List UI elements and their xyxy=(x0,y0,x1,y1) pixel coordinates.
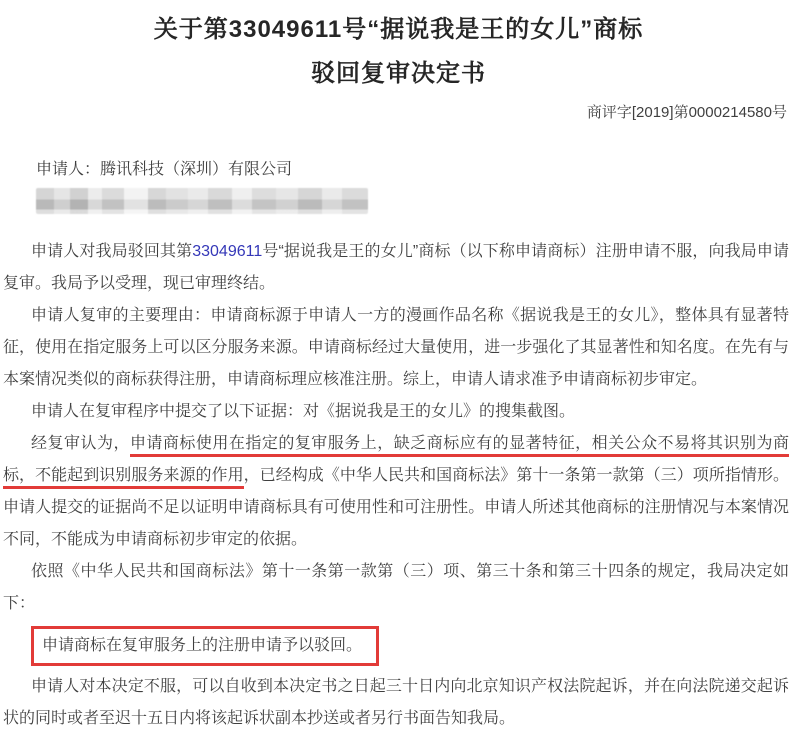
document-body: 申请人对我局驳回其第33049611号“据说我是王的女儿”商标（以下称申请商标）… xyxy=(0,236,797,735)
paragraph-review-findings: 经复审认为，申请商标使用在指定的复审服务上，缺乏商标应有的显著特征，相关公众不易… xyxy=(3,428,789,556)
applicant-label: 申请人： xyxy=(36,161,100,178)
decision-paragraph: 申请商标在复审服务上的注册申请予以驳回。 xyxy=(3,626,789,666)
document-page: 关于第33049611号“据说我是王的女儿”商标 驳回复审决定书 商评字[201… xyxy=(0,0,797,744)
paragraph-appeal-rights: 申请人对本决定不服，可以自收到本决定书之日起三十日内向北京知识产权法院起诉，并在… xyxy=(3,671,789,735)
trademark-number-link[interactable]: 33049611 xyxy=(192,243,262,260)
paragraph-legal-basis: 依照《中华人民共和国商标法》第十一条第一款第（三）项、第三十条和第三十四条的规定… xyxy=(3,556,789,620)
paragraph-evidence: 申请人在复审程序中提交了以下证据：对《据说我是王的女儿》的搜集截图。 xyxy=(3,396,789,428)
applicant-line: 申请人：腾讯科技（深圳）有限公司 xyxy=(36,160,797,180)
decision-text: 申请商标在复审服务上的注册申请予以驳回。 xyxy=(42,637,362,654)
paragraph-applicant-arguments: 申请人复审的主要理由：申请商标源于申请人一方的漫画作品名称《据说我是王的女儿》，… xyxy=(3,300,789,396)
page-title-line-1: 关于第33049611号“据说我是王的女儿”商标 xyxy=(0,8,797,52)
paragraph-filing-history: 申请人对我局驳回其第33049611号“据说我是王的女儿”商标（以下称申请商标）… xyxy=(3,236,789,300)
redacted-address-blur xyxy=(36,188,368,214)
applicant-name: 腾讯科技（深圳）有限公司 xyxy=(100,161,292,178)
reference-number: 商评字[2019]第0000214580号 xyxy=(0,102,797,124)
page-title-line-2: 驳回复审决定书 xyxy=(0,52,797,96)
paragraph-text: 申请人对我局驳回其第 xyxy=(31,243,192,260)
paragraph-text: 经复审认为， xyxy=(31,435,130,452)
document-title: 关于第33049611号“据说我是王的女儿”商标 驳回复审决定书 xyxy=(0,0,797,96)
decision-box: 申请商标在复审服务上的注册申请予以驳回。 xyxy=(31,626,379,666)
